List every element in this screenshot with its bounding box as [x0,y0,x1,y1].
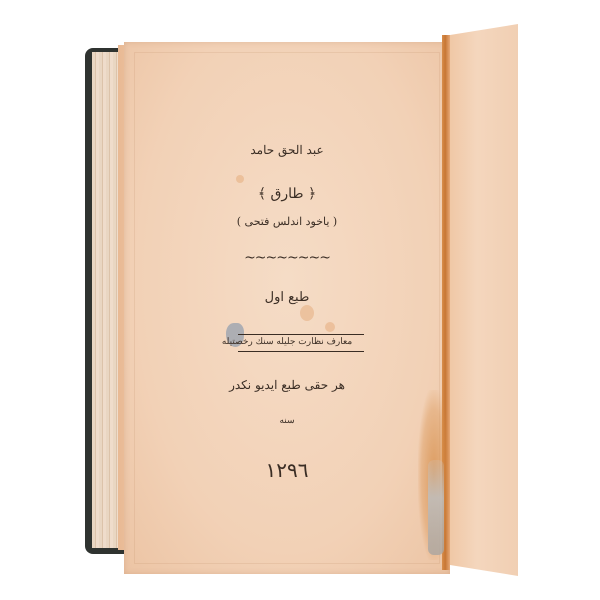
facing-page [450,24,518,576]
author-name: عبد الحق حامد [124,143,450,157]
book-photo: عبد الحق حامد ﴿ طارق ﴾ ( یاخود اندلس فتح… [0,0,600,600]
foxing-stain [236,175,244,183]
book-subtitle: ( یاخود اندلس فتحی ) [124,215,450,228]
rights-notice: هر حقی طبع ایدیو نکدر [124,378,450,392]
foxing-stain [300,305,314,321]
publication-year: ۱۲۹٦ [124,458,450,482]
book-title: ﴿ طارق ﴾ [124,186,450,202]
ornamental-divider: ~~~~~~~~ [124,250,450,266]
year-label: سنه [124,416,450,426]
title-page [124,42,450,574]
page-border [134,52,440,564]
permission-notice: معارف نظارت جلیله سنك رخصتیله [124,337,450,347]
edition-label: طبع اول [124,290,450,305]
foxing-stain [325,322,335,332]
